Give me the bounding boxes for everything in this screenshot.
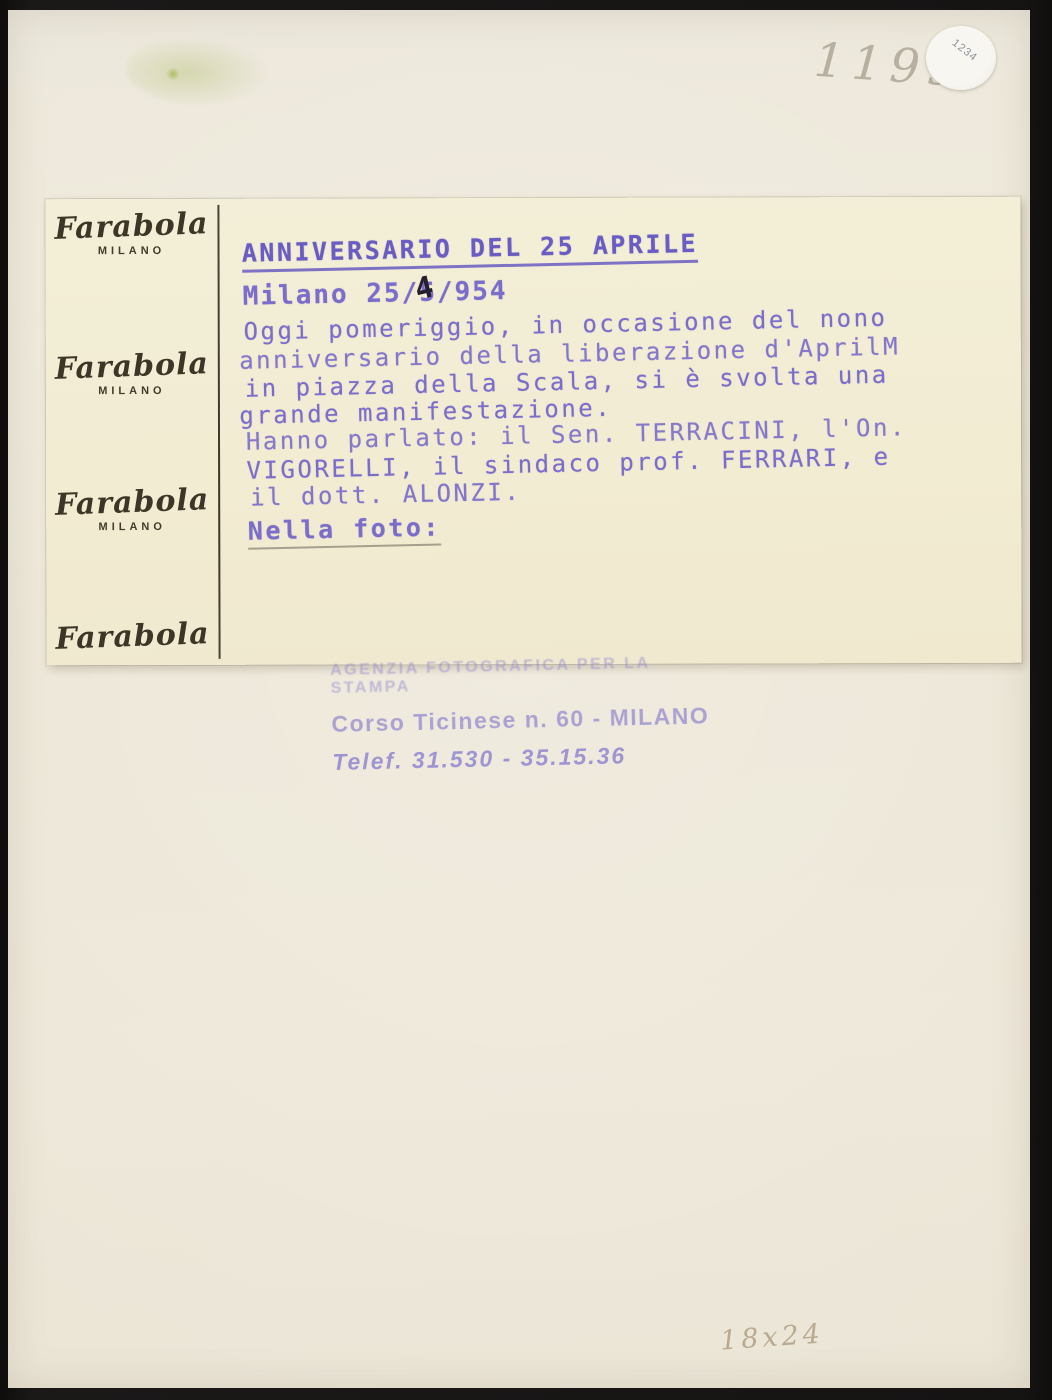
stamp-address: Corso Ticinese n. 60 - MILANO xyxy=(331,702,732,738)
photo-verso-paper: 1199 1234 Farabola MILANO Farabola MILAN… xyxy=(8,10,1030,1388)
farabola-logo-city: MILANO xyxy=(46,245,218,257)
pencil-annotation-size: 18x24 xyxy=(719,1318,825,1356)
farabola-logo-4: Farabola xyxy=(46,619,218,655)
farabola-logo-name: Farabola xyxy=(45,206,218,247)
dateline-prefix: Milano 25/ xyxy=(242,278,419,312)
caption-label-card: Farabola MILANO Farabola MILANO Farabola… xyxy=(45,197,1021,666)
agency-stamp: AGENZIA FOTOGRAFICA PER LA STAMPA Corso … xyxy=(330,653,732,776)
paper-stain-dot xyxy=(166,68,180,80)
farabola-logo-city: MILANO xyxy=(46,385,218,397)
farabola-logo-name: Farabola xyxy=(46,616,219,657)
caption-title: ANNIVERSARIO DEL 25 APRILE xyxy=(241,229,698,273)
farabola-logo-1: Farabola MILANO xyxy=(45,209,217,257)
archive-sticker: 1234 xyxy=(926,26,996,90)
farabola-logo-2: Farabola MILANO xyxy=(46,349,218,397)
stamp-agency-name: AGENZIA FOTOGRAFICA PER LA STAMPA xyxy=(330,653,731,698)
dateline-suffix: /954 xyxy=(437,276,508,308)
label-divider-line xyxy=(217,205,220,659)
caption-body: Oggi pomeriggio, in occasione del nono a… xyxy=(243,302,1017,511)
farabola-logo-name: Farabola xyxy=(46,482,219,523)
dateline-overstrike: 54 xyxy=(419,278,437,308)
farabola-logo-city: MILANO xyxy=(46,521,218,533)
paper-stain xyxy=(126,34,276,104)
stamp-phone: Telef. 31.530 - 35.15.36 xyxy=(332,740,733,776)
farabola-logo-name: Farabola xyxy=(45,346,218,387)
caption-footer: Nella foto: xyxy=(248,512,442,549)
archive-sticker-number: 1234 xyxy=(949,37,979,64)
farabola-logo-3: Farabola MILANO xyxy=(46,485,218,533)
typed-caption-block: ANNIVERSARIO DEL 25 APRILE Milano 25/54/… xyxy=(241,222,1018,549)
